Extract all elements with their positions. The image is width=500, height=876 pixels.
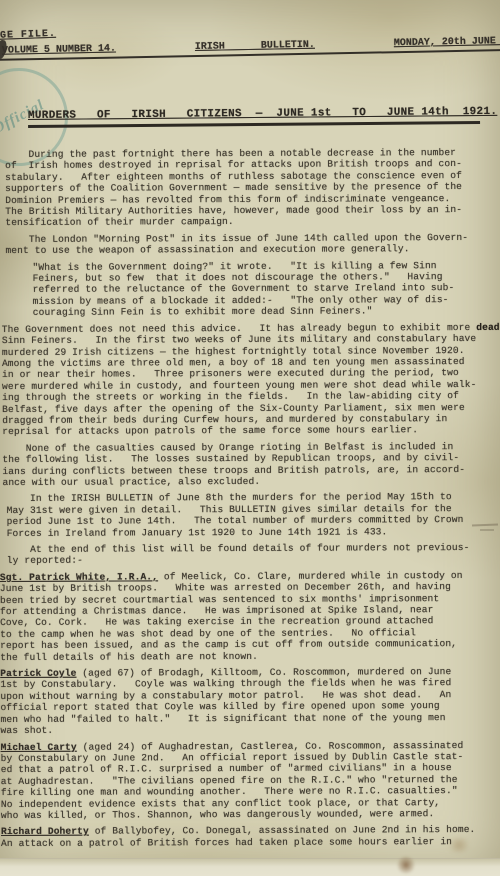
paragraph-casualties-excluded: None of the casualties caused by Orange … — [2, 441, 498, 489]
entry-text: (aged 24) of Aughadrestan, Castlerea, Co… — [1, 740, 464, 821]
entry-name: Sgt. Patrick White, I.R.A., — [0, 571, 158, 583]
quote-block: "What is the Government doing?" it wrote… — [32, 260, 497, 319]
entry-name: Michael Carty — [1, 741, 77, 752]
overtyped-word: dead — [476, 322, 499, 333]
paragraph-list-intro: At the end of this list will be found de… — [7, 542, 499, 567]
masthead-volume: VOLUME 5 NUMBER 14. — [2, 44, 116, 57]
entry-name: Patrick Coyle — [0, 668, 76, 679]
document-body: During the past fortnight there has been… — [5, 147, 500, 854]
paragraph-rest-text: Sinn Feiners. In the first two weeks of … — [2, 333, 477, 437]
masthead: VOLUME 5 NUMBER 14. IRISH BULLETIN. MOND… — [0, 36, 500, 61]
paper-stain — [446, 838, 472, 852]
headline: MURDERS OF IRISH CITIZENS — JUNE 1st TO … — [28, 106, 480, 128]
paragraph-bulletin-totals: In the IRISH BULLETIN of June 8th the mu… — [7, 491, 499, 539]
entry-patrick-white: Sgt. Patrick White, I.R.A., of Meelick, … — [0, 570, 499, 663]
entry-name: Richard Doherty — [1, 826, 89, 837]
scanned-bulletin-page: PAGE FILE. VOLUME 5 NUMBER 14. IRISH BUL… — [0, 0, 500, 876]
paper-stain — [396, 856, 416, 874]
paragraph-government-advice: The Government does not need this advice… — [2, 322, 498, 438]
scan-bottom-edge — [0, 858, 500, 876]
file-label: PAGE FILE. — [0, 29, 56, 42]
entry-text: of Meelick, Co. Clare, murdered while in… — [0, 570, 463, 663]
masthead-title: IRISH BULLETIN. — [195, 40, 315, 53]
paragraph-morning-post: The London "Morning Post" in its issue o… — [5, 232, 497, 257]
margin-pencil-mark — [480, 529, 494, 531]
paragraph-fortnight: During the past fortnight there has been… — [5, 147, 497, 229]
entry-patrick-coyle: Patrick Coyle (aged 67) of Brodagh, Kill… — [0, 666, 499, 737]
entry-richard-doherty: Richard Doherty of Ballybofey, Co. Doneg… — [1, 824, 500, 849]
masthead-date: MONDAY, 20th JUNE '21. — [394, 36, 500, 50]
entry-michael-carty: Michael Carty (aged 24) of Aughadrestan,… — [1, 739, 500, 821]
